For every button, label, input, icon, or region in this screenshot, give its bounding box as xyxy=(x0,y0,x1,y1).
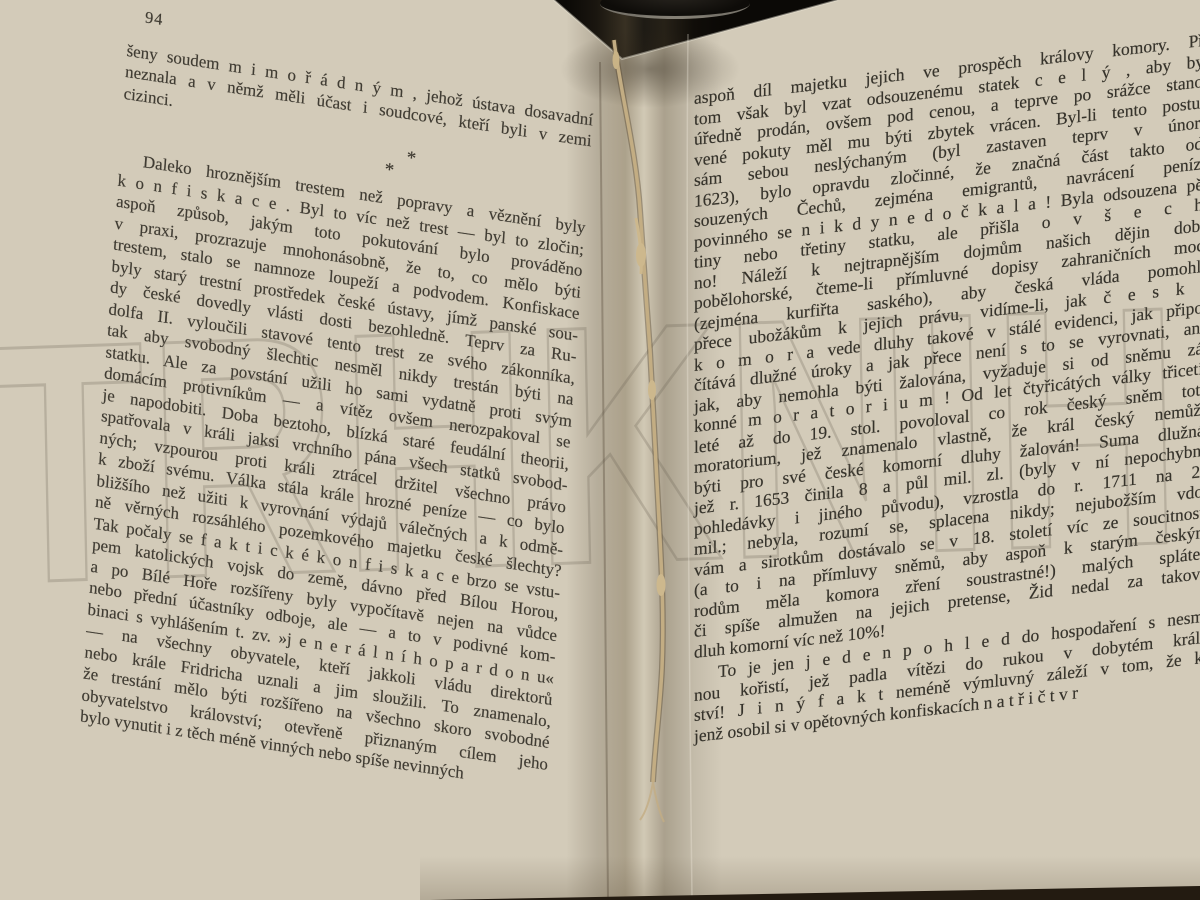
asterisk-ornament: * xyxy=(384,159,395,182)
paragraph: Daleko hroznějším trestem než popravy a … xyxy=(79,148,586,797)
right-page-text: aspoň díl majetku jejich ve prospěch krá… xyxy=(694,29,1200,746)
paragraph-continued: aspoň díl majetku jejich ve prospěch krá… xyxy=(694,29,1200,662)
left-page-text: 94 šeny soudem m i m o ř á d n ý m , jeh… xyxy=(79,4,596,796)
round-glossy-object xyxy=(600,0,750,19)
open-book-photo: 94 šeny soudem m i m o ř á d n ý m , jeh… xyxy=(0,0,1200,900)
asterisk-ornament: * xyxy=(406,147,417,170)
